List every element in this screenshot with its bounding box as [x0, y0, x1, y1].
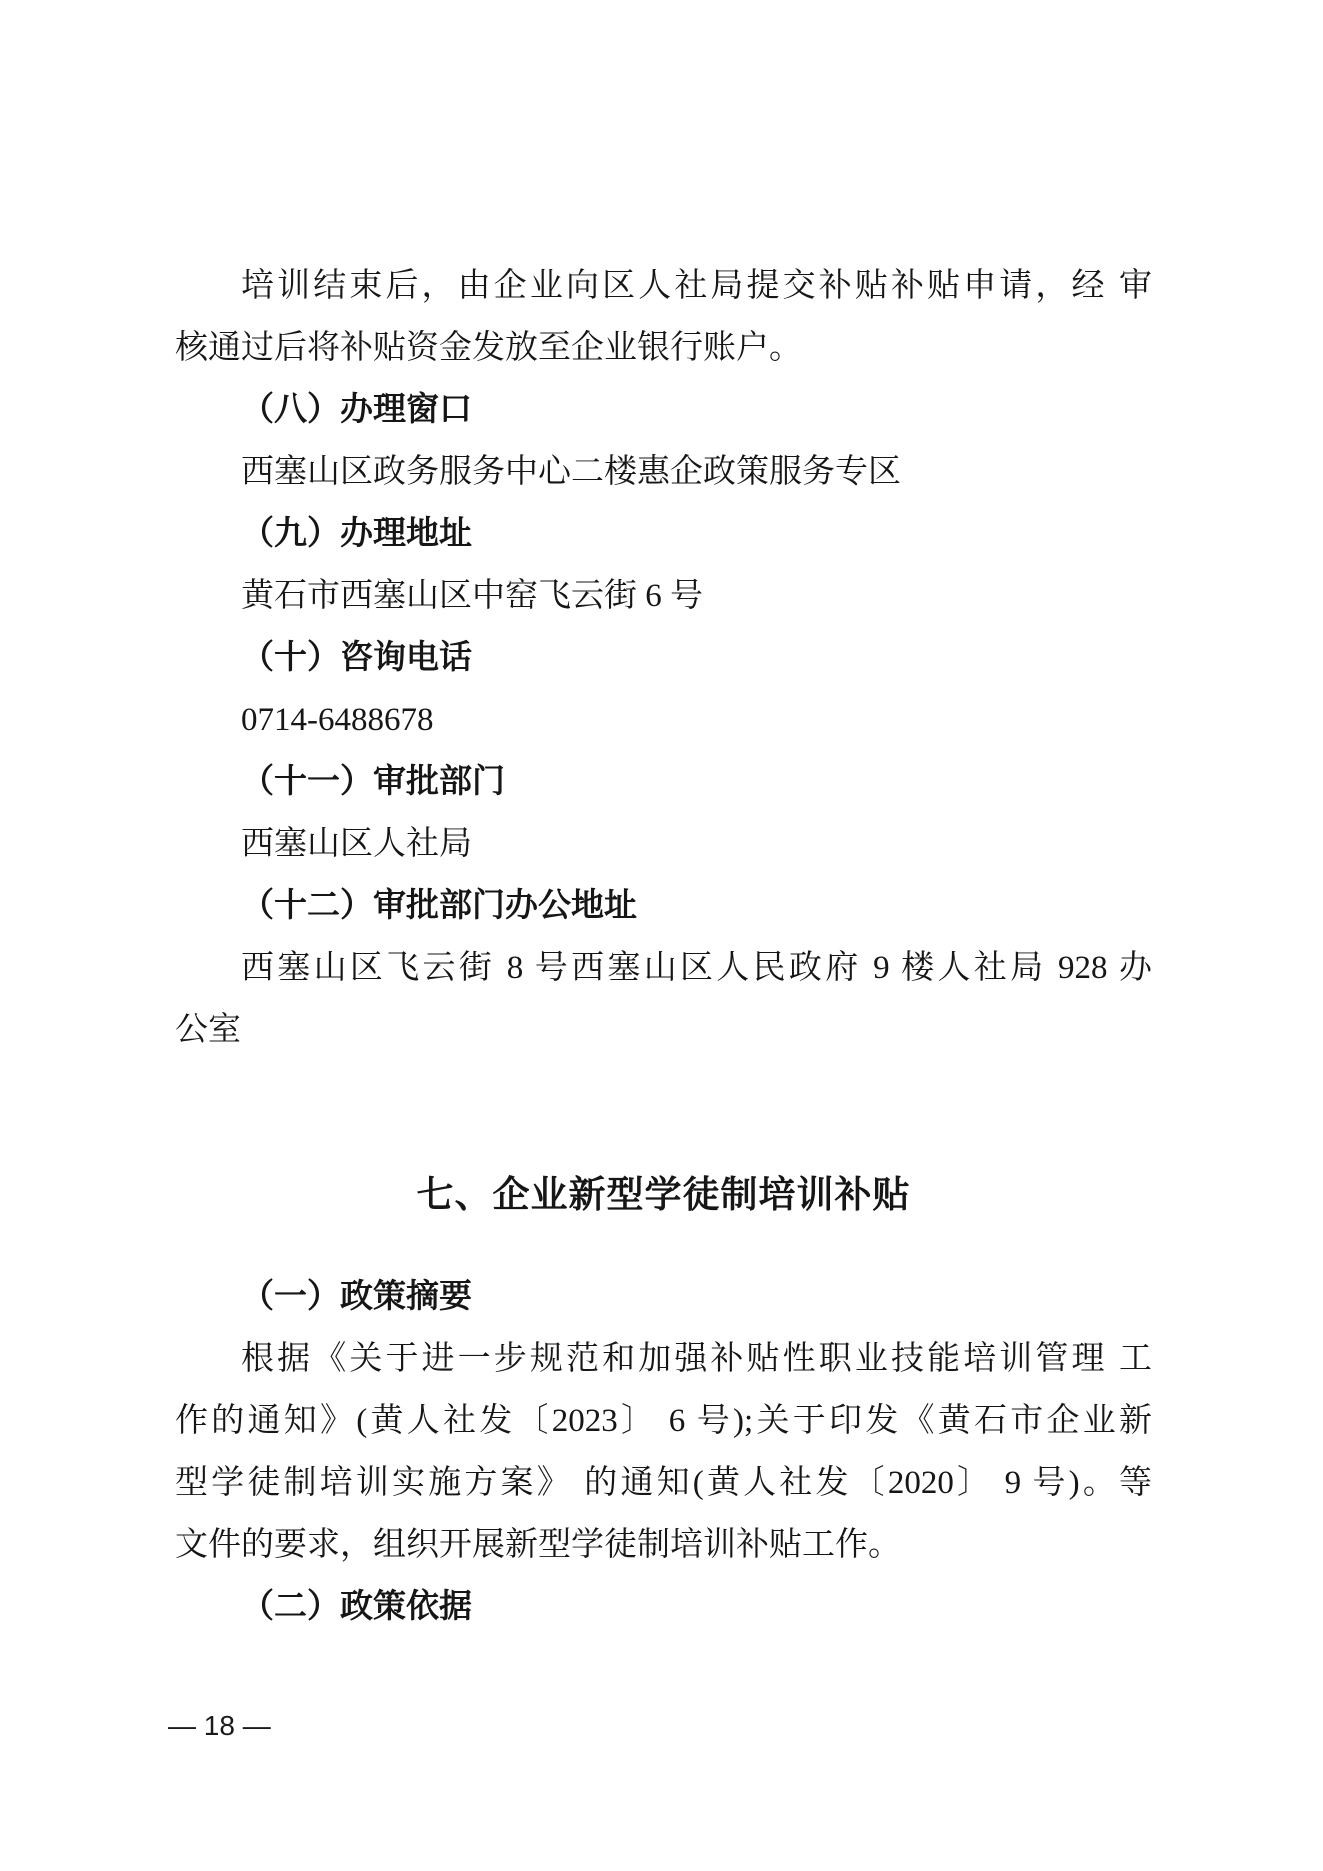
paragraph-line: 公室 [175, 999, 1152, 1061]
paragraph-line: 根据《关于进一步规范和加强补贴性职业技能培训管理 工 [175, 1328, 1152, 1390]
document-page: 培训结束后，由企业向区人社局提交补贴补贴申请，经 审 核通过后将补贴资金发放至企… [0, 0, 1323, 1871]
page-number: — 18 — [168, 1706, 271, 1746]
section-title: 七、企业新型学徒制培训补贴 [175, 1164, 1152, 1226]
paragraph-line: 西塞山区政务服务中心二楼惠企政策服务专区 [175, 441, 1152, 503]
sub-heading: （十二）审批部门办公地址 [175, 875, 1152, 937]
sub-heading: （十一）审批部门 [175, 751, 1152, 813]
phone-number-line: 0714-6488678 [175, 689, 1152, 751]
paragraph-line: 西塞山区飞云街 8 号西塞山区人民政府 9 楼人社局 928 办 [175, 937, 1152, 999]
paragraph-line: 西塞山区人社局 [175, 813, 1152, 875]
paragraph-line: 黄石市西塞山区中窑飞云街 6 号 [175, 565, 1152, 627]
page-content: 培训结束后，由企业向区人社局提交补贴补贴申请，经 审 核通过后将补贴资金发放至企… [175, 255, 1152, 1638]
paragraph-line: 核通过后将补贴资金发放至企业银行账户。 [175, 317, 1152, 379]
paragraph-line: 培训结束后，由企业向区人社局提交补贴补贴申请，经 审 [175, 255, 1152, 317]
paragraph-line: 文件的要求，组织开展新型学徒制培训补贴工作。 [175, 1514, 1152, 1576]
sub-heading: （八）办理窗口 [175, 379, 1152, 441]
paragraph-line: 作的通知》(黄人社发〔2023〕 6 号);关于印发《黄石市企业新 [175, 1390, 1152, 1452]
sub-heading: （九）办理地址 [175, 503, 1152, 565]
sub-heading: （二）政策依据 [175, 1576, 1152, 1638]
sub-heading: （一）政策摘要 [175, 1266, 1152, 1328]
sub-heading: （十）咨询电话 [175, 627, 1152, 689]
paragraph-line: 型学徒制培训实施方案》 的通知(黄人社发〔2020〕 9 号)。等 [175, 1452, 1152, 1514]
